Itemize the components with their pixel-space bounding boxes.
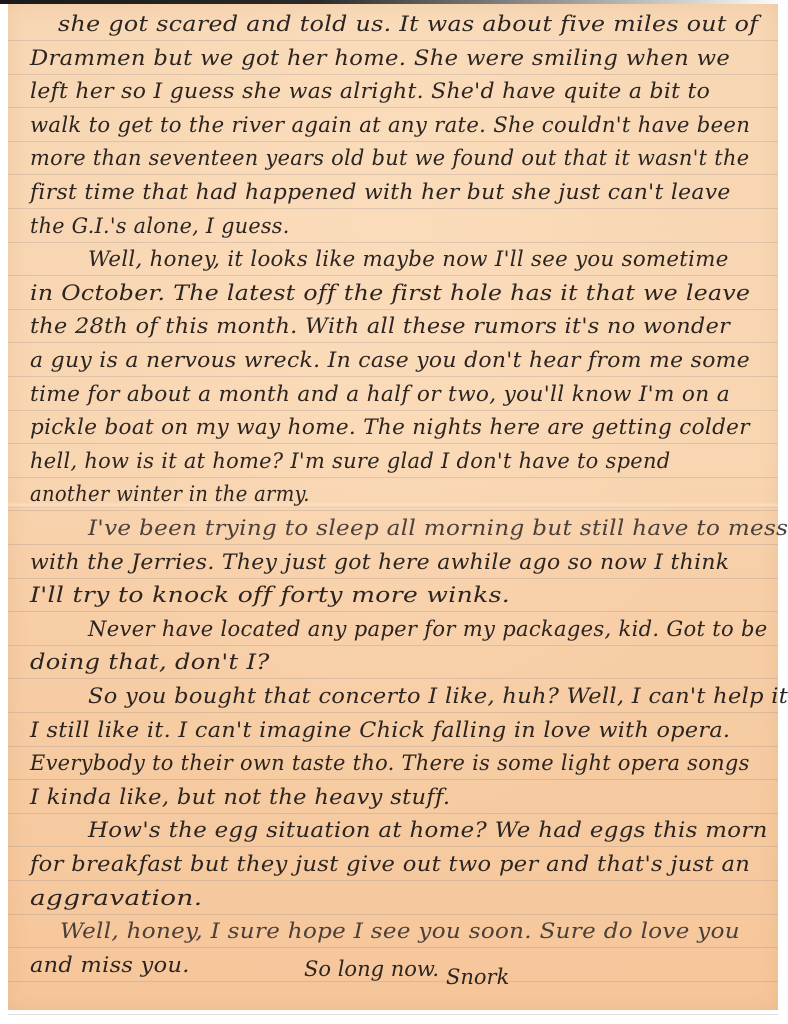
rule-line	[8, 611, 778, 612]
rule-line	[8, 578, 778, 579]
rule-line	[8, 410, 778, 411]
letter-line: in October. The latest off the first hol…	[30, 281, 750, 305]
rule-line	[8, 242, 778, 243]
rule-line	[8, 342, 778, 343]
letter-line: she got scared and told us. It was about…	[58, 12, 758, 36]
letter-line: aggravation.	[30, 886, 202, 910]
letter-line: for breakfast but they just give out two…	[30, 852, 750, 876]
letter-line: Well, honey, I sure hope I see you soon.…	[60, 919, 740, 943]
rule-line	[8, 40, 778, 41]
rule-line	[8, 678, 778, 679]
letter-line: Never have located any paper for my pack…	[88, 617, 768, 641]
letter-line: hell, how is it at home? I'm sure glad I…	[30, 449, 670, 473]
rule-line	[8, 107, 778, 108]
rule-line	[8, 914, 778, 915]
letter-line: with the Jerries. They just got here awh…	[30, 550, 729, 574]
letter-line: walk to get to the river again at any ra…	[30, 113, 750, 137]
letter-line: and miss you.	[30, 953, 190, 977]
rule-line	[8, 645, 778, 646]
letter-line: Well, honey, it looks like maybe now I'l…	[88, 247, 729, 271]
letter-line: I still like it. I can't imagine Chick f…	[30, 718, 730, 742]
letter-line: the G.I.'s alone, I guess.	[30, 214, 290, 238]
letter-line: more than seventeen years old but we fou…	[30, 146, 749, 170]
rule-line	[8, 174, 778, 175]
closing: So long now.	[304, 957, 439, 981]
rule-line	[8, 510, 778, 511]
rule-line	[8, 141, 778, 142]
letter-line: a guy is a nervous wreck. In case you do…	[30, 348, 750, 372]
letter-line: another winter in the army.	[30, 482, 310, 506]
rule-line	[8, 779, 778, 780]
rule-line	[8, 947, 778, 948]
letter-line: pickle boat on my way home. The nights h…	[30, 415, 750, 439]
rule-line	[8, 309, 778, 310]
rule-line	[8, 846, 778, 847]
signature: Snork	[446, 965, 509, 989]
letter-line: I'll try to knock off forty more winks.	[30, 583, 510, 607]
letter-page: she got scared and told us. It was about…	[8, 4, 778, 1010]
letter-line: doing that, don't I?	[30, 650, 270, 674]
rule-line	[8, 275, 778, 276]
rule-line	[8, 880, 778, 881]
letter-line: So you bought that concerto I like, huh?…	[88, 684, 788, 708]
letter-line: How's the egg situation at home? We had …	[88, 818, 768, 842]
rule-line	[8, 208, 778, 209]
rule-line	[8, 981, 778, 982]
letter-line: I've been trying to sleep all morning bu…	[88, 516, 788, 540]
letter-line: Drammen but we got her home. She were sm…	[30, 46, 730, 70]
letter-line: time for about a month and a half or two…	[30, 382, 730, 406]
letter-line: first time that had happened with her bu…	[30, 180, 731, 204]
rule-line	[8, 376, 778, 377]
rule-line	[8, 712, 778, 713]
rule-line	[8, 443, 778, 444]
rule-line	[8, 477, 778, 478]
rule-line	[8, 544, 778, 545]
rule-line	[8, 813, 778, 814]
letter-line: the 28th of this month. With all these r…	[30, 314, 730, 338]
rule-line	[8, 74, 778, 75]
rule-line	[8, 746, 778, 747]
letter-line: Everybody to their own taste tho. There …	[30, 751, 750, 775]
rule-line	[8, 1014, 778, 1015]
letter-line: I kinda like, but not the heavy stuff.	[30, 785, 450, 809]
letter-line: left her so I guess she was alright. She…	[30, 79, 710, 103]
